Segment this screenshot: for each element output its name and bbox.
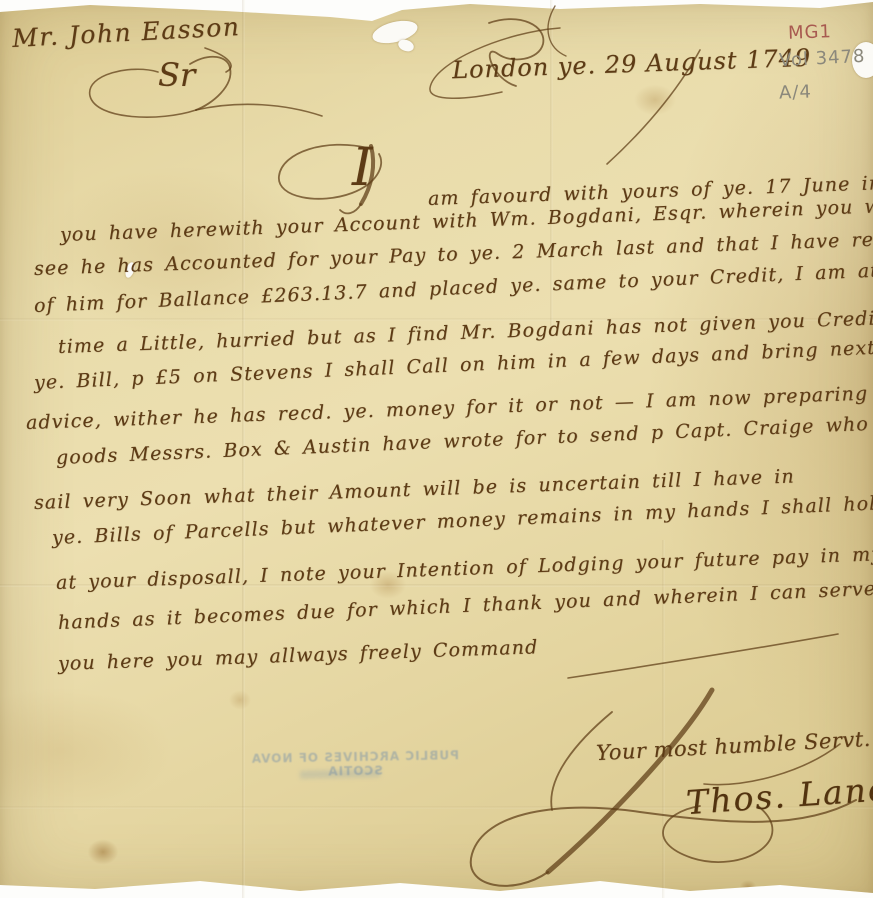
archival-mark-fonds: MG1 xyxy=(788,21,833,44)
letter-scan: Mr. John Easson Sr London ye. 29 August … xyxy=(0,0,873,898)
drop-cap-initial: I xyxy=(352,138,373,198)
salutation: Sr xyxy=(158,56,195,94)
archive-stamp-smudge xyxy=(300,769,380,778)
archival-mark-item: A/4 xyxy=(779,81,813,103)
